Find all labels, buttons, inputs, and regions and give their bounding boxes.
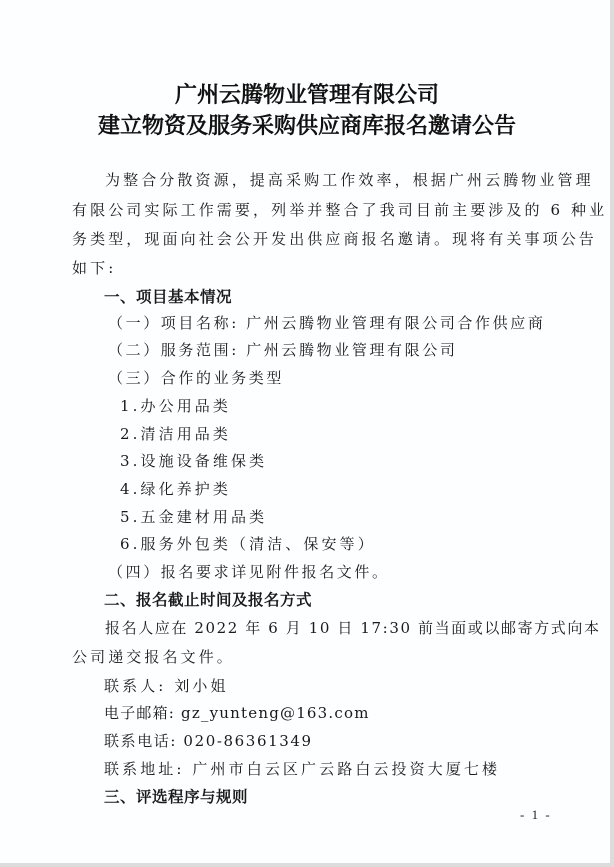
contact-email: 电子邮箱: gz_yunteng@163.com [104, 703, 370, 723]
business-type-item: 3.设施设备维保类 [120, 451, 267, 471]
section-2-heading: 二、报名截止时间及报名方式 [104, 590, 312, 610]
section-3-heading: 三、评选程序与规则 [104, 787, 248, 807]
document-title-line-1: 广州云腾物业管理有限公司 [0, 80, 614, 110]
business-type-item: 4.绿化养护类 [120, 479, 231, 499]
registration-requirements: （四）报名要求详见附件报名文件。 [108, 562, 390, 582]
contact-address: 联系地址: 广州市白云区广云路白云投资大厦七楼 [104, 759, 500, 779]
intro-line-4: 如下: [72, 258, 116, 278]
business-type-item: 6.服务外包类（清洁、保安等） [120, 534, 376, 554]
document-page: 广州云腾物业管理有限公司 建立物资及服务采购供应商库报名邀请公告 为整合分散资源… [0, 0, 614, 867]
business-type-item: 2.清洁用品类 [120, 424, 231, 444]
business-types-heading: （三）合作的业务类型 [108, 368, 284, 388]
intro-line-1: 为整合分散资源，提高采购工作效率，根据广州云腾物业管理 [105, 170, 594, 190]
deadline-line-2: 公司递交报名文件。 [72, 647, 235, 667]
document-title-line-2: 建立物资及服务采购供应商库报名邀请公告 [0, 111, 614, 141]
page-number: - 1 - [520, 807, 552, 823]
business-type-item: 1.办公用品类 [120, 396, 231, 416]
section-1-heading: 一、项目基本情况 [104, 287, 232, 307]
contact-person: 联系人: 刘小姐 [104, 676, 229, 696]
business-type-item: 5.五金建材用品类 [120, 507, 267, 527]
intro-line-3: 务类型，现面向社会公开发出供应商报名邀请。现将有关事项公告 [72, 229, 597, 249]
intro-line-2: 有限公司实际工作需要，列举并整合了我司目前主要涉及的 6 种业 [72, 200, 607, 220]
deadline-line-1: 报名人应在 2022 年 6 月 10 日 17:30 前当面或以邮寄方式向本 [105, 618, 601, 638]
service-scope: （二）服务范围: 广州云腾物业管理有限公司 [108, 340, 457, 360]
project-name: （一）项目名称: 广州云腾物业管理有限公司合作供应商 [108, 313, 545, 333]
contact-phone: 联系电话: 020-86361349 [104, 731, 313, 751]
